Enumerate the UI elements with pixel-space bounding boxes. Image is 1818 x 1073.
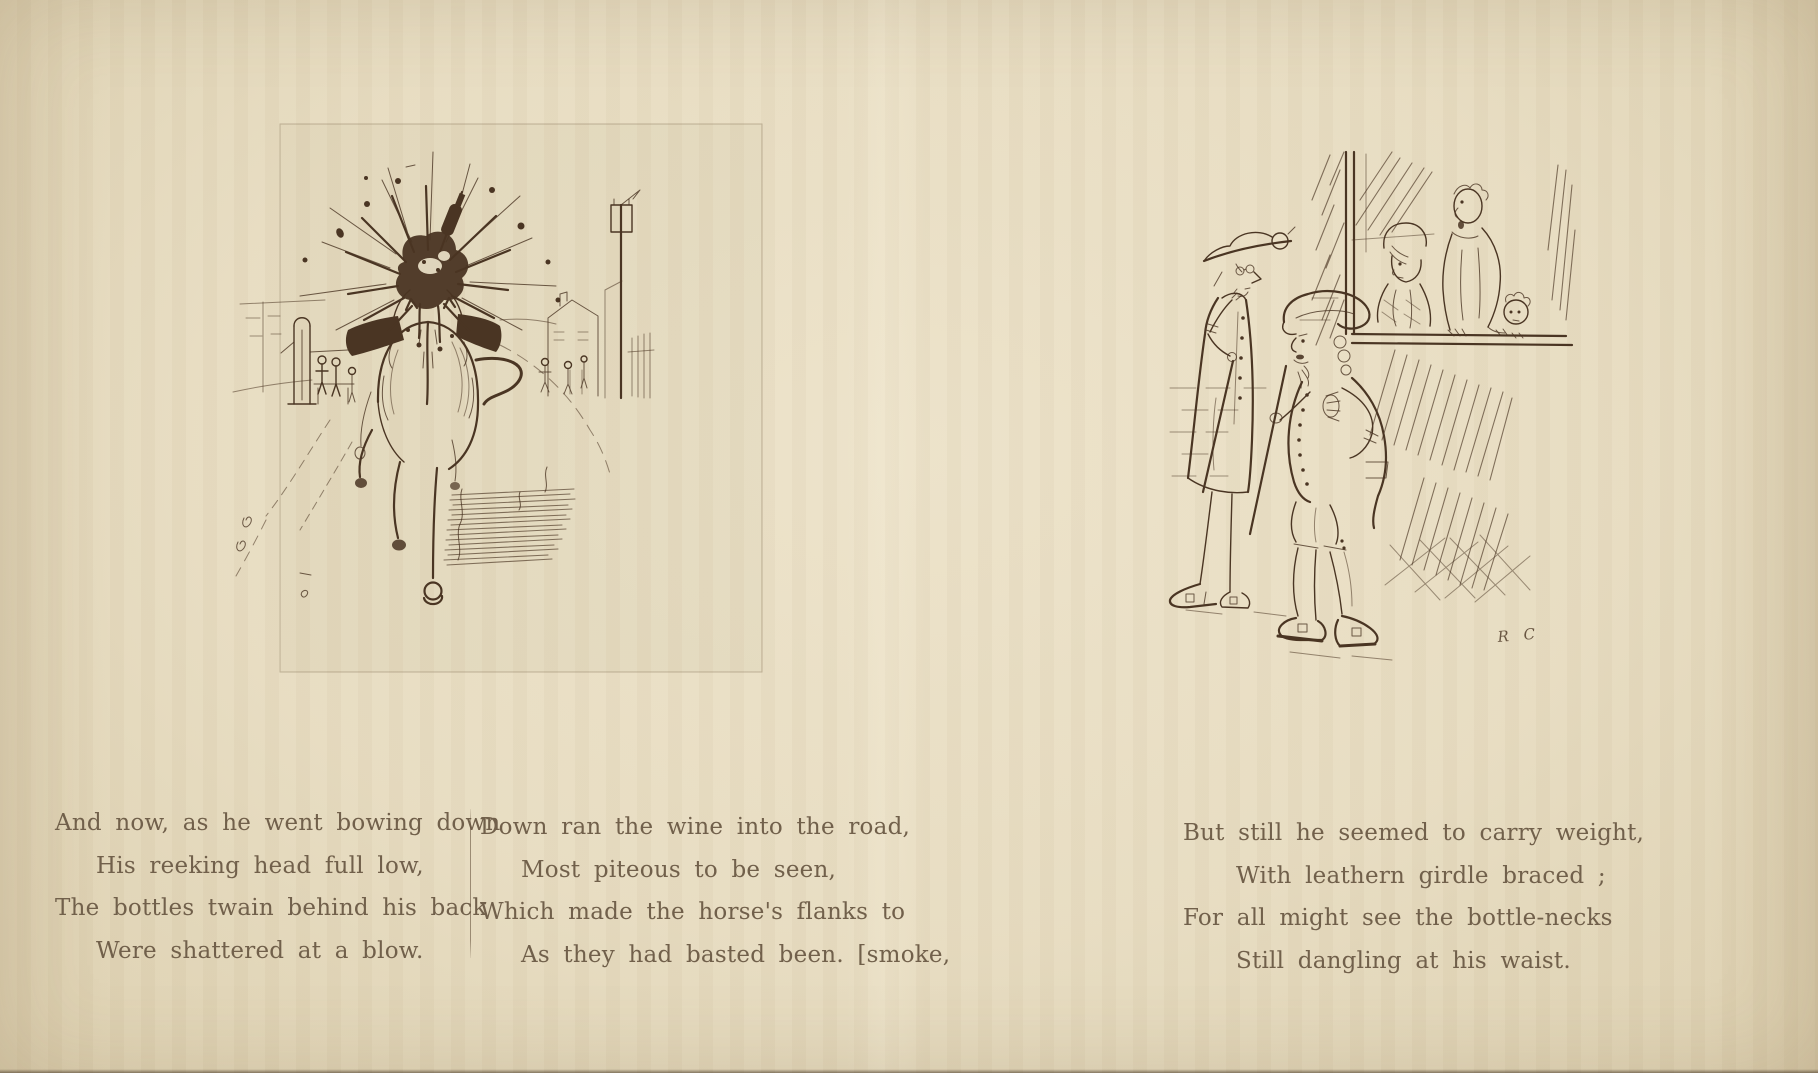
verse-line: As they had basted been. [smoke, (480, 934, 950, 977)
hands-on-sill (1448, 329, 1523, 338)
window-onlookers (1377, 184, 1530, 338)
left-verse-column-2: Down ran the wine into the road, Most pi… (480, 806, 950, 976)
verse-line: And now, as he went bowing down (55, 802, 500, 845)
plate-mark (280, 124, 762, 672)
tall-gentleman (1170, 227, 1295, 608)
verse-line: Were shattered at a blow. (55, 930, 500, 973)
verse-line: Which made the horse's flanks to (480, 891, 950, 934)
left-illustration (233, 124, 762, 672)
onlooker-elder (1443, 184, 1505, 333)
verse-line: For all might see the bottle-necks (1183, 897, 1644, 940)
verse-line: His reeking head full low, (55, 845, 500, 888)
verse-column-divider (470, 809, 471, 958)
artist-signature: R C (1496, 624, 1541, 646)
onlooker-woman (1377, 223, 1430, 328)
right-illustration: R C (1170, 152, 1575, 660)
verse-line: But still he seemed to carry weight, (1183, 812, 1644, 855)
onlooker-child (1504, 292, 1530, 324)
verse-line: Most piteous to be seen, (480, 849, 950, 892)
verse-line: Down ran the wine into the road, (480, 806, 950, 849)
right-verse: But still he seemed to carry weight, Wit… (1183, 812, 1644, 982)
book-spread-scan: R C And now, as he went bowing down His … (0, 0, 1818, 1073)
verse-line: The bottles twain behind his back (55, 887, 500, 930)
verse-line: Still dangling at his waist. (1183, 940, 1644, 983)
verse-line: With leathern girdle braced ; (1183, 855, 1644, 898)
left-verse-column-1: And now, as he went bowing down His reek… (55, 802, 500, 972)
